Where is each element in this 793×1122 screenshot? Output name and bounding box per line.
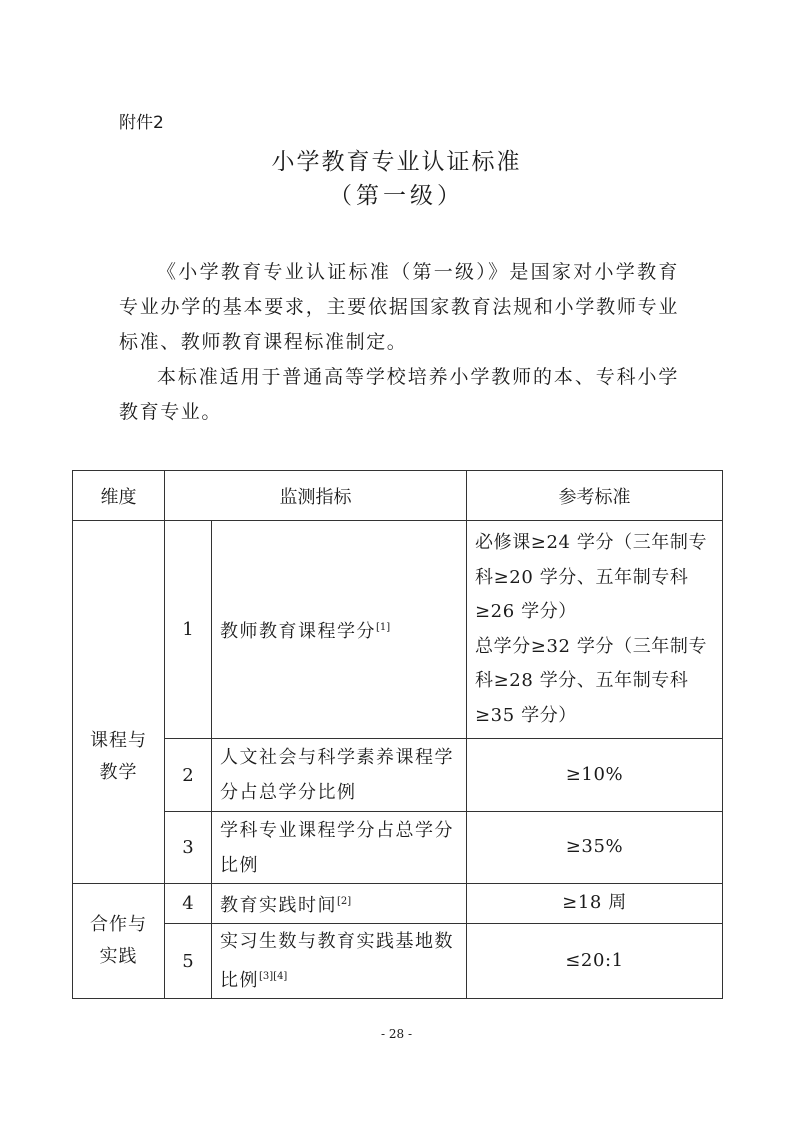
row-number: 5 xyxy=(165,924,212,999)
reference-cell: 必修课≥24 学分（三年制专科≥20 学分、五年制专科≥26 学分） 总学分≥3… xyxy=(467,521,723,739)
header-reference: 参考标准 xyxy=(467,471,723,521)
indicator-text: 人文社会与科学素养课程学分占总学分比例 xyxy=(220,747,454,803)
standards-table: 维度 监测指标 参考标准 课程与教学 1 教师教育课程学分[1] 必修课≥24 … xyxy=(72,470,723,999)
indicator-cell: 教师教育课程学分[1] xyxy=(212,521,467,739)
indicator-text: 实习生数与教育实践基地数比例 xyxy=(220,931,454,991)
indicator-text: 学科专业课程学分占总学分比例 xyxy=(220,820,454,876)
dimension-cell: 课程与教学 xyxy=(73,521,165,884)
page-number: - 28 - xyxy=(0,1027,793,1041)
document-title: 小学教育专业认证标准 xyxy=(0,143,793,176)
dimension-label: 合作与实践 xyxy=(90,914,147,967)
indicator-cell: 人文社会与科学素养课程学分占总学分比例 xyxy=(212,739,467,812)
table-row: 5 实习生数与教育实践基地数比例[3][4] ≤20:1 xyxy=(73,924,723,999)
document-subtitle: （第一级） xyxy=(0,177,793,210)
row-number: 1 xyxy=(165,521,212,739)
header-indicator: 监测指标 xyxy=(165,471,467,521)
intro-paragraph: 《小学教育专业认证标准（第一级）》是国家对小学教育专业办学的基本要求，主要依据国… xyxy=(119,255,679,360)
indicator-cell: 教育实践时间[2] xyxy=(212,884,467,924)
table-row: 2 人文社会与科学素养课程学分占总学分比例 ≥10% xyxy=(73,739,723,812)
attachment-label: 附件2 xyxy=(119,108,164,133)
row-number: 4 xyxy=(165,884,212,924)
dimension-label: 课程与教学 xyxy=(90,730,147,783)
indicator-cell: 学科专业课程学分占总学分比例 xyxy=(212,812,467,884)
indicator-text: 教育实践时间 xyxy=(220,895,337,916)
row-number: 3 xyxy=(165,812,212,884)
reference-cell: ≥35% xyxy=(467,812,723,884)
header-dimension: 维度 xyxy=(73,471,165,521)
reference-cell: ≥10% xyxy=(467,739,723,812)
reference-cell: ≤20:1 xyxy=(467,924,723,999)
indicator-cell: 实习生数与教育实践基地数比例[3][4] xyxy=(212,924,467,999)
footnote-ref: [1] xyxy=(376,622,390,633)
table-row: 合作与实践 4 教育实践时间[2] ≥18 周 xyxy=(73,884,723,924)
indicator-text: 教师教育课程学分 xyxy=(220,621,376,642)
footnote-ref: [2] xyxy=(337,896,351,907)
row-number: 2 xyxy=(165,739,212,812)
scope-paragraph: 本标准适用于普通高等学校培养小学教师的本、专科小学教育专业。 xyxy=(119,360,679,430)
table-row: 课程与教学 1 教师教育课程学分[1] 必修课≥24 学分（三年制专科≥20 学… xyxy=(73,521,723,739)
dimension-cell: 合作与实践 xyxy=(73,884,165,999)
reference-total: 总学分≥32 学分（三年制专科≥28 学分、五年制专科≥35 学分） xyxy=(475,630,714,734)
table-row: 3 学科专业课程学分占总学分比例 ≥35% xyxy=(73,812,723,884)
footnote-ref: [3][4] xyxy=(259,971,287,982)
reference-required: 必修课≥24 学分（三年制专科≥20 学分、五年制专科≥26 学分） xyxy=(475,526,714,630)
table-header-row: 维度 监测指标 参考标准 xyxy=(73,471,723,521)
reference-cell: ≥18 周 xyxy=(467,884,723,924)
